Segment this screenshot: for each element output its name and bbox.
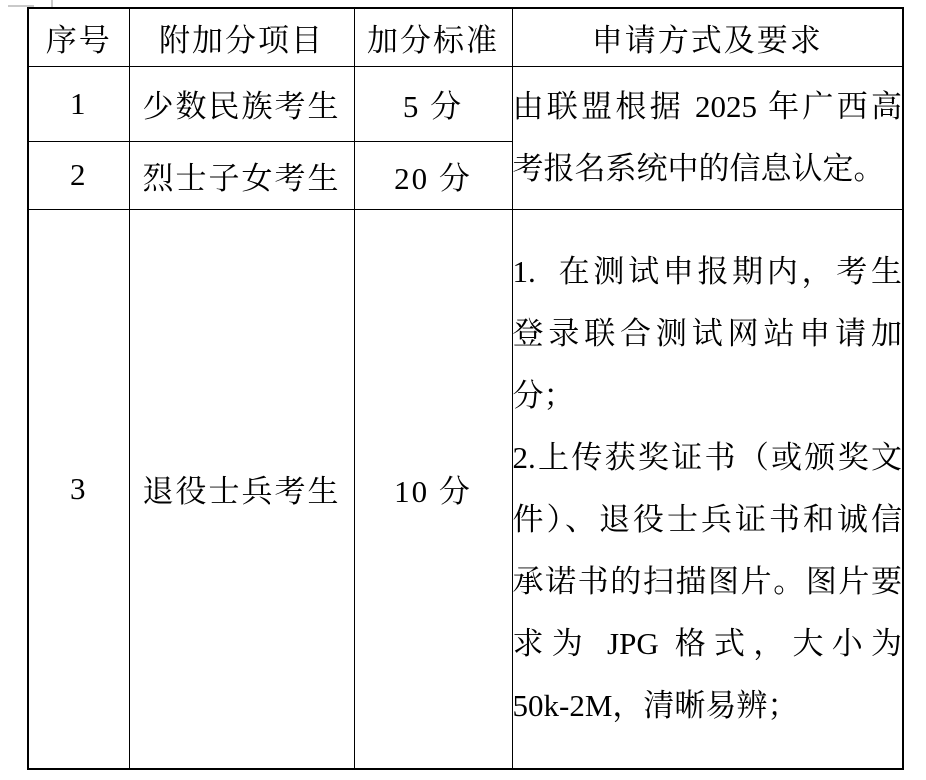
bonus-points-table: 序号 附加分项目 加分标准 申请方式及要求 1 少数民族考生 5 分 由联盟根据… xyxy=(27,7,904,770)
requirement-line: 承诺书的扫描图片。图片要 xyxy=(513,551,903,613)
bonus-standard-cell: 10 分 xyxy=(354,209,512,769)
requirement-line: 登录联合测试网站申请加 xyxy=(513,303,903,365)
serial-number-cell: 2 xyxy=(28,141,129,209)
requirement-cell-row-3: 1. 在测试申报期内，考生 登录联合测试网站申请加 分； 2.上传获奖证书（或颁… xyxy=(512,209,903,769)
requirement-line: 1. 在测试申报期内，考生 xyxy=(513,241,903,303)
document-page: 序号 附加分项目 加分标准 申请方式及要求 1 少数民族考生 5 分 由联盟根据… xyxy=(0,0,926,780)
bonus-item-cell: 少数民族考生 xyxy=(129,66,354,141)
requirement-line: 2.上传获奖证书（或颁奖文 xyxy=(513,427,903,489)
header-cell-bonus-item: 附加分项目 xyxy=(129,8,354,66)
requirement-line: 由联盟根据 2025 年广西高 xyxy=(513,76,903,138)
table-row: 1 少数民族考生 5 分 由联盟根据 2025 年广西高 考报名系统中的信息认定… xyxy=(28,66,903,141)
requirement-line: 考报名系统中的信息认定。 xyxy=(513,138,903,200)
requirement-line: 50k-2M，清晰易辨； xyxy=(513,675,903,737)
requirement-line: 件）、退役士兵证书和诚信 xyxy=(513,489,903,551)
requirement-line: 分； xyxy=(513,365,903,427)
table-row: 3 退役士兵考生 10 分 1. 在测试申报期内，考生 登录联合测试网站申请加 … xyxy=(28,209,903,769)
header-cell-bonus-standard: 加分标准 xyxy=(354,8,512,66)
bonus-item-cell: 烈士子女考生 xyxy=(129,141,354,209)
serial-number-cell: 3 xyxy=(28,209,129,769)
bonus-standard-cell: 5 分 xyxy=(354,66,512,141)
table-header-row: 序号 附加分项目 加分标准 申请方式及要求 xyxy=(28,8,903,66)
bonus-item-cell: 退役士兵考生 xyxy=(129,209,354,769)
serial-number-cell: 1 xyxy=(28,66,129,141)
header-cell-application-requirements: 申请方式及要求 xyxy=(512,8,903,66)
requirement-cell-merged-rows-1-2: 由联盟根据 2025 年广西高 考报名系统中的信息认定。 xyxy=(512,66,903,209)
header-cell-serial-number: 序号 xyxy=(28,8,129,66)
requirement-line: 求为 JPG 格式，大小为 xyxy=(513,613,903,675)
bonus-standard-cell: 20 分 xyxy=(354,141,512,209)
